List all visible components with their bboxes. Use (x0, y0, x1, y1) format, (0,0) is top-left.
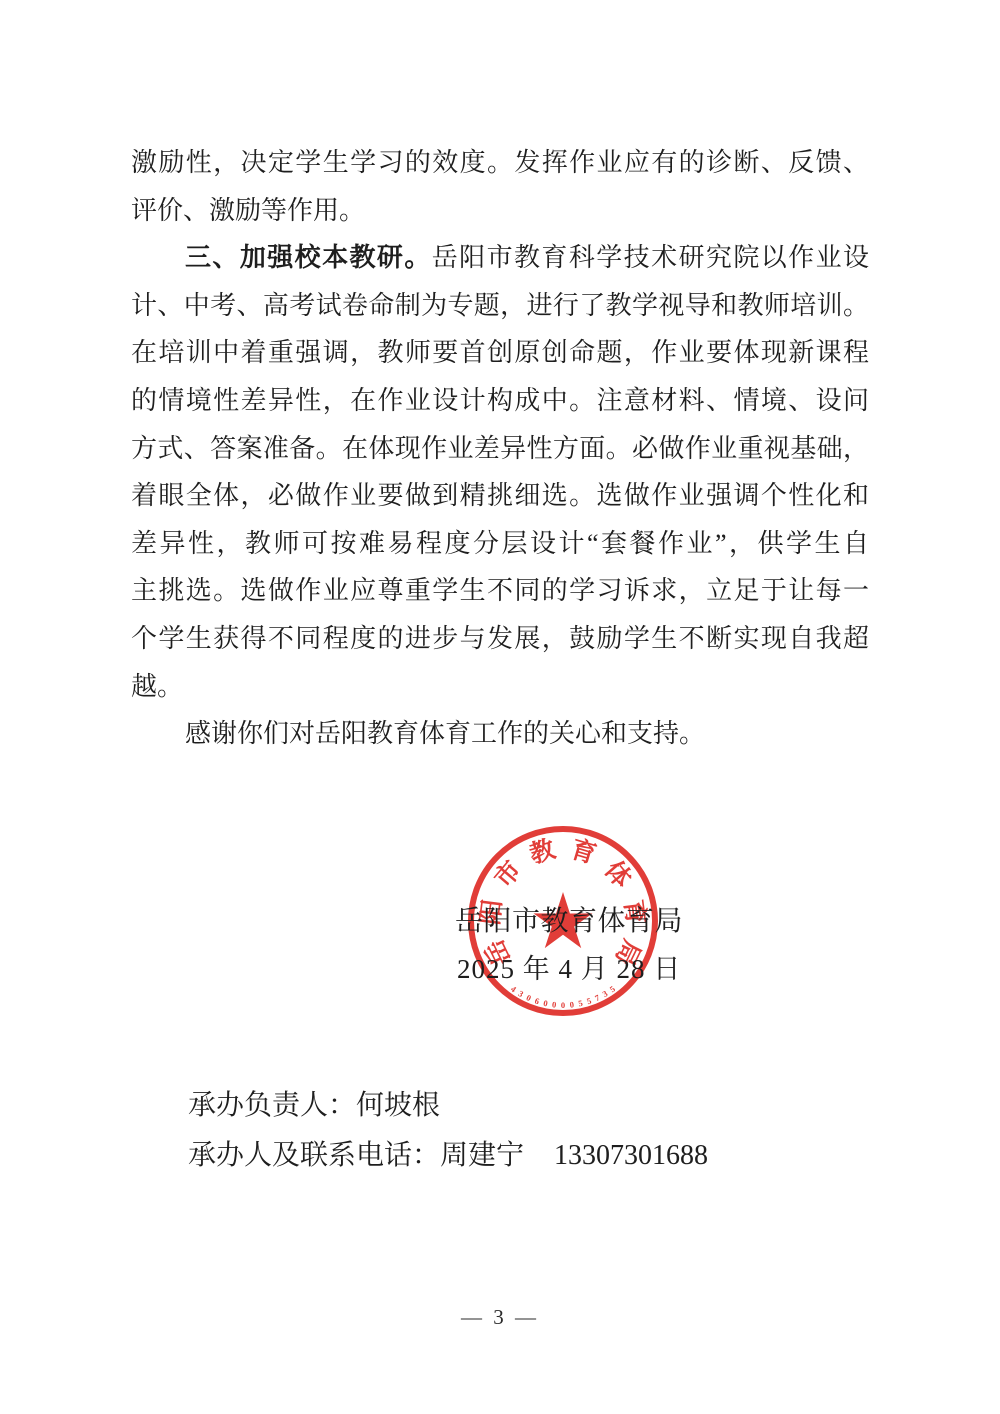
signature-date: 2025 年 4 月 28 日 (457, 947, 681, 986)
document-page: 激励性，决定学生学习的效度。发挥作业应有的诊断、反馈、 评价、激励等作用。 三、… (0, 0, 1000, 1414)
page-number: — 3 — (0, 1305, 1000, 1330)
seal-serial-digit: 5 (577, 998, 583, 1009)
line-text: 差异性，教师可按难易程度分层设计“套餐作业”，供学生自 (131, 529, 869, 558)
paragraph-line: 越。 (131, 663, 869, 711)
seal-serial-digit: 3 (601, 988, 610, 999)
seal-serial-digit: 0 (542, 998, 548, 1009)
seal-serial-digit: 3 (517, 988, 526, 999)
line-text: 激励性，决定学生学习的效度。发挥作业应有的诊断、反馈、 (131, 148, 869, 177)
signature-organization: 岳阳市教育体育局 (455, 899, 683, 939)
paragraph-line: 个学生获得不同程度的进步与发展，鼓励学生不断实现自我超 (131, 615, 869, 663)
paragraph-line: 激励性，决定学生学习的效度。发挥作业应有的诊断、反馈、 (131, 139, 869, 187)
line-text: 的情境性差异性，在作业设计构成中。注意材料、情境、设问 (131, 386, 869, 415)
paragraph-line: 在培训中着重强调，教师要首创原创命题，作业要体现新课程 (131, 329, 869, 377)
line-text: 越。 (131, 672, 183, 701)
line-text: 感谢你们对岳阳教育体育工作的关心和支持。 (185, 719, 705, 748)
seal-arc-char: 教 (526, 835, 559, 869)
line-text: 方式、答案准备。在体现作业差异性方面。必做作业重视基础， (131, 434, 869, 463)
seal-arc-char: 育 (568, 834, 600, 869)
paragraph-line: 主挑选。选做作业应尊重学生不同的学习诉求，立足于让每一 (131, 567, 869, 615)
section-heading: 三、加强校本教研。 (185, 242, 432, 272)
paragraph-line: 的情境性差异性，在作业设计构成中。注意材料、情境、设问 (131, 377, 869, 425)
seal-serial-digit: 0 (561, 1000, 565, 1010)
line-text: 在培训中着重强调，教师要首创原创命题，作业要体现新课程 (131, 338, 869, 367)
paragraph-line: 着眼全体，必做作业要做到精挑细选。选做作业强调个性化和 (131, 472, 869, 520)
paragraph-line: 方式、答案准备。在体现作业差异性方面。必做作业重视基础， (131, 425, 869, 473)
seal-serial-digit: 5 (585, 995, 592, 1006)
closing-line: 感谢你们对岳阳教育体育工作的关心和支持。 (131, 710, 869, 758)
seal-serial-digit: 0 (552, 999, 557, 1009)
paragraph-line: 差异性，教师可按难易程度分层设计“套餐作业”，供学生自 (131, 520, 869, 568)
seal-serial-digit: 6 (533, 995, 540, 1006)
contact-phone: 13307301688 (554, 1140, 708, 1171)
seal-serial-digit: 7 (593, 992, 602, 1003)
line-text: 岳阳市教育科学技术研究院以作业设 (432, 243, 869, 272)
line-text: 计、中考、高考试卷命制为专题，进行了教学视导和教师培训。 (131, 291, 869, 320)
paragraph-line: 三、加强校本教研。岳阳市教育科学技术研究院以作业设 (131, 234, 869, 282)
letter-body: 激励性，决定学生学习的效度。发挥作业应有的诊断、反馈、 评价、激励等作用。 三、… (131, 139, 869, 758)
seal-serial-digit: 0 (525, 992, 533, 1003)
seal-serial-digit: 0 (569, 999, 574, 1009)
contact-responsible: 承办负责人：何坡根 (188, 1083, 440, 1123)
paragraph-line: 计、中考、高考试卷命制为专题，进行了教学视导和教师培训。 (131, 282, 869, 330)
contact-responsible-text: 承办负责人：何坡根 (188, 1090, 440, 1121)
contact-handler: 承办人及联系电话：周建宁13307301688 (188, 1133, 708, 1173)
line-text: 着眼全体，必做作业要做到精挑细选。选做作业强调个性化和 (131, 481, 869, 510)
line-text: 主挑选。选做作业应尊重学生不同的学习诉求，立足于让每一 (131, 576, 869, 605)
line-text: 评价、激励等作用。 (131, 196, 365, 225)
contact-handler-text: 承办人及联系电话：周建宁 (188, 1140, 524, 1171)
paragraph-line: 评价、激励等作用。 (131, 187, 869, 235)
line-text: 个学生获得不同程度的进步与发展，鼓励学生不断实现自我超 (131, 624, 869, 653)
